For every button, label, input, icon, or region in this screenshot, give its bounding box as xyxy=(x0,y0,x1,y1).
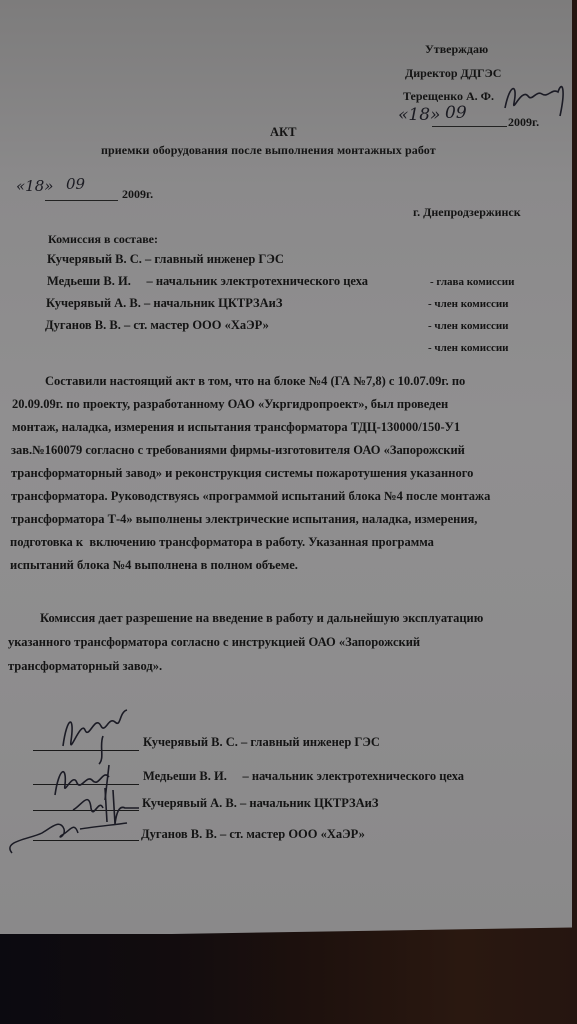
commission-member-role: - член комиссии xyxy=(428,298,509,310)
approval-date-underline xyxy=(432,126,507,127)
paragraph-line: трансформатора Т-4» выполнены электричес… xyxy=(11,512,477,527)
approval-label: Утверждаю xyxy=(425,42,488,57)
paragraph-line: трансформатора. Руководствуясь «программ… xyxy=(11,489,490,504)
approval-position: Директор ДДГЭС xyxy=(405,66,501,81)
paragraph-line: зав.№160079 согласно с требованиями фирм… xyxy=(11,443,465,458)
paragraph-line: Составили настоящий акт в том, что на бл… xyxy=(45,374,465,389)
act-date-underline xyxy=(45,200,118,201)
paragraph-line: испытаний блока №4 выполнена в полном об… xyxy=(10,558,298,573)
act-title: АКТ xyxy=(270,125,296,140)
signature-name: Кучерявый А. В. – начальник ЦКТРЗАиЗ xyxy=(142,796,378,811)
commission-member-role: - член комиссии xyxy=(428,320,509,332)
commission-member-name: Дуганов В. В. – ст. мастер ООО «ХаЭР» xyxy=(45,318,269,333)
director-signature-icon xyxy=(500,78,570,118)
signature-name: Медьеши В. И. – начальник электротехниче… xyxy=(143,769,464,784)
commission-label: Комиссия в составе: xyxy=(48,232,158,247)
paragraph-line: подготовка к включению трансформатора в … xyxy=(10,535,434,550)
paragraph-line: монтаж, наладка, измерения и испытания т… xyxy=(12,420,460,435)
commission-member-role: - глава комиссии xyxy=(430,276,514,288)
commission-member-name: Кучерявый В. С. – главный инженер ГЭС xyxy=(47,252,284,267)
paragraph-line: 20.09.09г. по проекту, разработанному ОА… xyxy=(12,397,448,412)
paragraph-line: трансформаторный завод». xyxy=(8,659,162,674)
paragraph-line: указанного трансформатора согласно с инс… xyxy=(8,635,420,650)
approval-date-day: «18» xyxy=(398,105,440,125)
commission-member-name: Медьеши В. И. – начальник электротехниче… xyxy=(47,274,368,289)
paragraph-line: Комиссия дает разрешение на введение в р… xyxy=(40,611,483,626)
city: г. Днепродзержинск xyxy=(413,205,521,220)
act-subtitle: приемки оборудования после выполнения мо… xyxy=(101,143,436,158)
commission-member-role: - член комиссии xyxy=(428,342,509,354)
act-date-year: 2009г. xyxy=(122,187,153,202)
commission-member-name: Кучерявый А. В. – начальник ЦКТРЗАиЗ xyxy=(46,296,282,311)
approval-date-month: 09 xyxy=(445,103,467,123)
approval-name: Терещенко А. Ф. xyxy=(403,89,494,104)
signature-name: Кучерявый В. С. – главный инженер ГЭС xyxy=(143,735,380,750)
act-date-month: 09 xyxy=(66,175,85,193)
signature-icon xyxy=(2,815,132,860)
signature-name: Дуганов В. В. – ст. мастер ООО «ХаЭР» xyxy=(141,827,365,842)
paragraph-line: трансформаторный завод» и реконструкция … xyxy=(11,466,473,481)
approval-date-year: 2009г. xyxy=(508,115,539,130)
act-date-day: «18» xyxy=(16,177,53,195)
